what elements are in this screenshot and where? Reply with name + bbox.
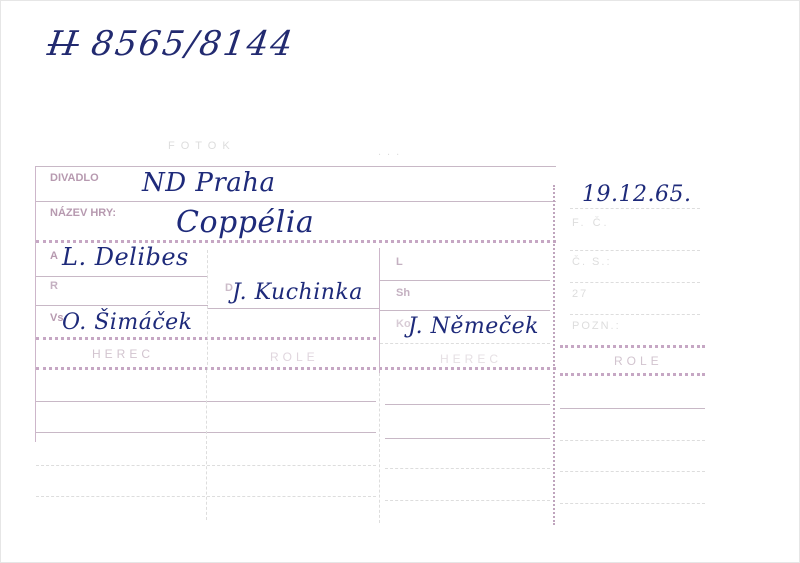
value-conductor: J. Kuchinka	[232, 280, 363, 305]
value-costumes: J. Němeček	[408, 314, 539, 339]
label-neg-no: Č. S.:	[572, 256, 612, 268]
archive-main-number: 8565	[89, 24, 189, 64]
label-theatre: DIVADLO	[50, 172, 99, 184]
table-row-line-3b	[385, 468, 550, 469]
value-date: 19.12.65.	[582, 182, 691, 207]
form-line-header-top-mid	[380, 343, 550, 344]
label-play-title: NÁZEV HRY:	[50, 207, 116, 219]
col-divider-3	[553, 185, 555, 525]
right-line-fc	[570, 250, 700, 251]
table-row-line-3c	[560, 471, 705, 472]
col-divider-2	[379, 373, 380, 523]
value-author: L. Delibes	[62, 243, 189, 271]
form-line-d	[208, 308, 380, 309]
label-lighting: L	[396, 256, 403, 268]
table-row-line-2b	[385, 438, 550, 439]
col-header-actor-right: HEREC	[440, 352, 502, 366]
right-line-header-top	[560, 345, 705, 348]
col-header-actor: HEREC	[92, 347, 154, 361]
label-photo-no: F. Č.	[572, 217, 610, 229]
form-top-line	[36, 166, 556, 167]
right-line-27	[570, 314, 700, 315]
value-theatre: ND Praha	[142, 168, 276, 198]
table-row-line-4b	[385, 500, 550, 501]
right-line-header-bottom	[560, 373, 705, 376]
label-author: A	[50, 250, 58, 262]
value-stage-design: O. Šimáček	[62, 310, 193, 335]
col-divider-2-top	[379, 248, 380, 373]
archive-sub-number: 8144	[197, 24, 297, 64]
table-row-line-4c	[560, 503, 705, 504]
table-row-line-2c	[560, 440, 705, 441]
label-director: R	[50, 280, 58, 292]
label-size: 27	[572, 288, 588, 300]
col-header-role-left: ROLE	[270, 350, 319, 364]
right-line-cs	[570, 282, 700, 283]
archive-roman: II	[45, 24, 81, 64]
col-divider-1-top	[207, 250, 208, 370]
faint-header-left: FOTOK	[168, 140, 236, 152]
table-row-line-1b	[385, 404, 550, 405]
value-play-title: Coppélia	[176, 205, 314, 240]
archive-number: II 8565/8144	[45, 24, 297, 64]
faint-header-right: ...	[378, 146, 405, 158]
form-line-l	[380, 280, 550, 281]
col-header-role: ROLE	[614, 354, 663, 368]
form-line-a	[36, 276, 208, 277]
label-set-design: Sh	[396, 287, 410, 299]
form-line-header-top	[36, 337, 376, 340]
col-divider-1	[206, 370, 207, 520]
form-left-border	[35, 166, 36, 442]
form-line-sh	[380, 310, 550, 311]
form-line-r	[36, 305, 208, 306]
form-line-theatre	[36, 201, 556, 202]
right-line-date	[570, 208, 700, 209]
form-line-header-bottom	[36, 367, 556, 370]
table-row-line-1c	[560, 408, 705, 409]
label-note: POZN.:	[572, 320, 621, 332]
